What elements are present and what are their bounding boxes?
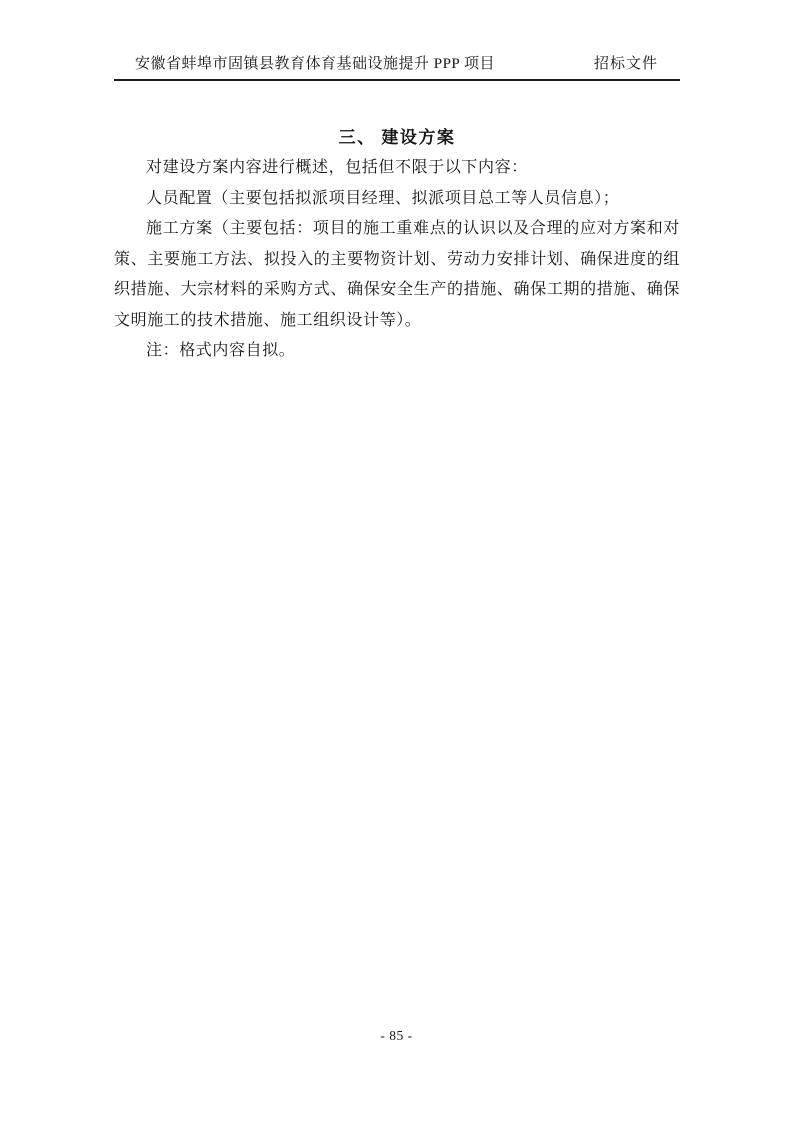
body-paragraph-personnel: 人员配置（主要包括拟派项目经理、拟派项目总工等人员信息）； xyxy=(114,184,680,215)
page-content: 三、 建设方案 对建设方案内容进行概述，包括但不限于以下内容： 人员配置（主要包… xyxy=(114,123,680,367)
header-project-title: 安徽省蚌埠市固镇县教育体育基础设施提升 PPP 项目 xyxy=(135,55,495,74)
body-paragraph-construction-plan: 施工方案（主要包括：项目的施工重难点的认识以及合理的应对方案和对策、主要施工方法… xyxy=(114,214,680,336)
document-page: 安徽省蚌埠市固镇县教育体育基础设施提升 PPP 项目 招标文件 三、 建设方案 … xyxy=(0,0,793,1122)
page-footer: - 85 - xyxy=(0,1028,793,1044)
page-header: 安徽省蚌埠市固镇县教育体育基础设施提升 PPP 项目 招标文件 xyxy=(114,55,680,81)
page-number: - 85 - xyxy=(380,1028,412,1043)
header-doc-type: 招标文件 xyxy=(594,55,658,74)
body-paragraph-overview: 对建设方案内容进行概述，包括但不限于以下内容： xyxy=(114,153,680,184)
section-title: 三、 建设方案 xyxy=(114,123,680,153)
body-paragraph-note: 注：格式内容自拟。 xyxy=(114,336,680,367)
